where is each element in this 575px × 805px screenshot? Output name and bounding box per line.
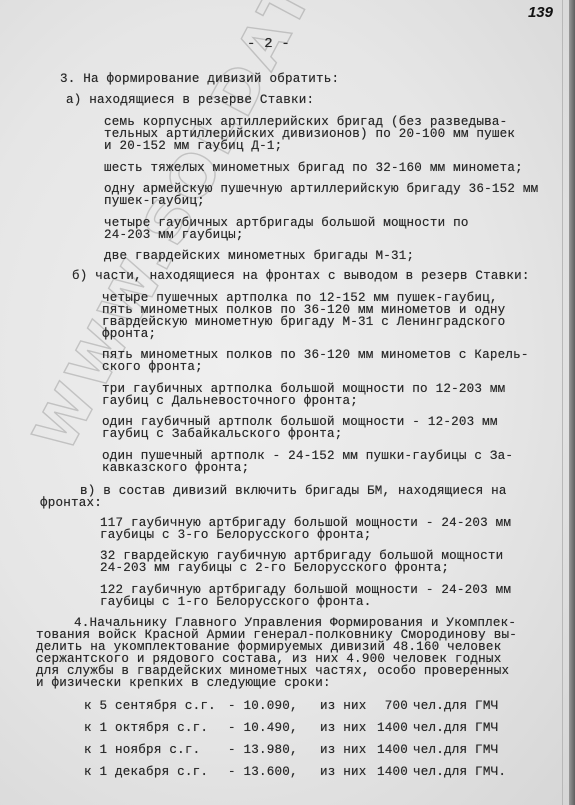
schedule-total: - 13.980, <box>228 744 298 756</box>
schedule-of-them: из них <box>320 722 367 734</box>
schedule-date: к 1 октября с.г. <box>84 722 208 734</box>
schedule-total: - 13.600, <box>228 766 298 778</box>
schedule-date: к 1 декабря с.г. <box>84 766 208 778</box>
text-line: и 20-152 мм гаубиц Д-1; <box>104 140 282 152</box>
schedule-date: к 1 ноября с.г. <box>84 744 200 756</box>
text-line: фронта; <box>102 328 156 340</box>
text-line: а) находящиеся в резерве Ставки: <box>66 94 314 106</box>
schedule-of-them: из них <box>320 744 367 756</box>
page-number: - 2 - <box>247 38 290 50</box>
text-line: кавказского фронта; <box>102 462 249 474</box>
text-line: гаубиц с Дальневосточного фронта; <box>102 395 358 407</box>
text-line: шесть тяжелых минометных бригад по 32-16… <box>104 162 523 174</box>
text-line: 24-203 мм гаубицы; <box>104 229 244 241</box>
schedule-suffix: чел.для ГМЧ <box>413 744 498 756</box>
page-edge-line <box>562 0 563 805</box>
schedule-count: 1400 <box>377 744 408 756</box>
schedule-of-them: из них <box>320 766 367 778</box>
archive-sheet-number: 139 <box>528 4 553 21</box>
text-line: б) части, находящиеся на фронтах с вывод… <box>72 270 530 282</box>
schedule-suffix: чел.для ГМЧ. <box>413 766 506 778</box>
schedule-suffix: чел.для ГМЧ <box>413 722 498 734</box>
schedule-date: к 5 сентября с.г. <box>84 700 216 712</box>
text-line: 24-203 мм гаубицы с 2-го Белорусского фр… <box>100 562 449 574</box>
text-line: гаубицы с 1-го Белорусского фронта. <box>100 596 372 608</box>
schedule-total: - 10.490, <box>228 722 298 734</box>
text-line: 3. На формирование дивизий обратить: <box>60 73 339 85</box>
schedule-of-them: из них <box>320 700 367 712</box>
text-line: пушек-гаубиц; <box>104 195 205 207</box>
document-page: WWW.SOLDAT.RU 139 - 2 - 3. На формирован… <box>0 0 575 805</box>
schedule-count: 700 <box>377 700 408 712</box>
page-edge-shadow <box>569 0 575 805</box>
text-line: и физически крепких в следующие сроки: <box>36 677 331 689</box>
text-line: фронтах: <box>40 497 102 509</box>
text-line: гвардейскую минометную бригаду М-31 с Ле… <box>102 316 505 328</box>
text-line: гаубицы с 3-го Белорусского фронта; <box>100 529 372 541</box>
schedule-count: 1400 <box>377 722 408 734</box>
schedule-count: 1400 <box>377 766 408 778</box>
text-line: гаубиц с Забайкальского фронта; <box>102 428 342 440</box>
schedule-total: - 10.090, <box>228 700 298 712</box>
text-line: в) в состав дивизий включить бригады БМ,… <box>80 485 507 497</box>
text-line: две гвардейских минометных бригады М-31; <box>104 250 414 262</box>
schedule-suffix: чел.для ГМЧ <box>413 700 498 712</box>
text-line: ского фронта; <box>102 361 203 373</box>
